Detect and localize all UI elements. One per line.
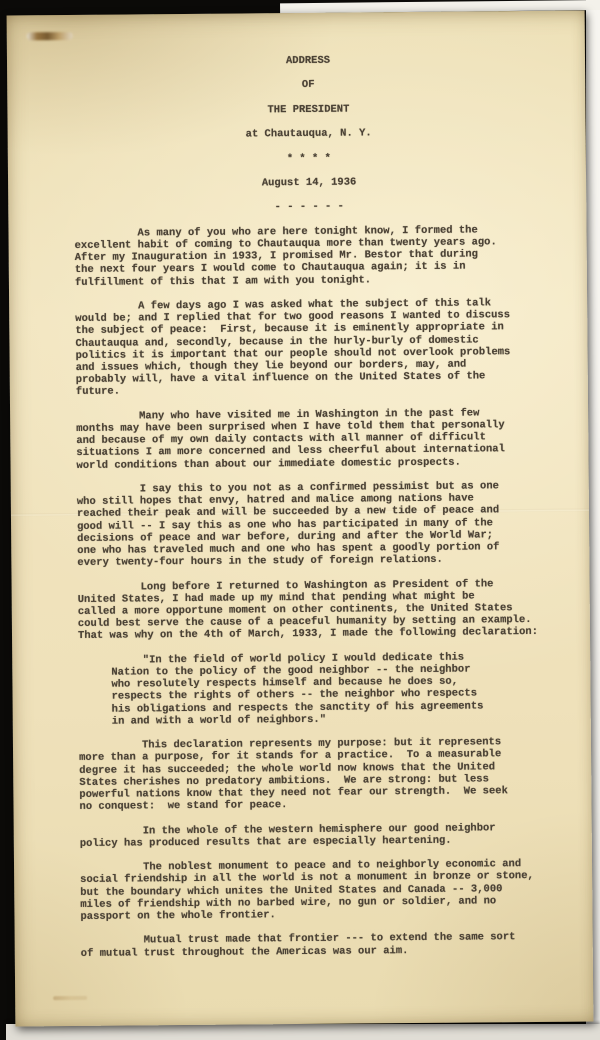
under-sheet-edge-bottom <box>6 1024 600 1040</box>
document-content: ADDRESS OF THE PRESIDENT at Chautauqua, … <box>73 53 551 972</box>
quoted-declaration: "In the field of world policy I would de… <box>111 651 531 728</box>
document-body: As many of you who are here tonight know… <box>74 224 550 960</box>
document-date-line: August 14, 1936 <box>74 175 544 191</box>
paragraph-8: In the whole of the western hemisphere o… <box>80 821 550 850</box>
paragraph-2: A few days ago I was asked what the subj… <box>75 297 546 399</box>
paragraph-10: Mutual trust made that frontier --- to e… <box>81 931 551 960</box>
document-title-line: THE PRESIDENT <box>73 102 543 118</box>
paragraph-1: As many of you who are here tonight know… <box>74 224 545 289</box>
star-separator: * * * * <box>74 150 544 166</box>
paragraph-7: This declaration represents my purpose: … <box>79 736 550 813</box>
photo-scene: ADDRESS OF THE PRESIDENT at Chautauqua, … <box>0 0 600 1040</box>
document-title-line: ADDRESS <box>73 53 543 69</box>
typewritten-page: ADDRESS OF THE PRESIDENT at Chautauqua, … <box>7 10 594 1026</box>
paragraph-9: The noblest monument to peace and to nei… <box>80 858 551 923</box>
dash-separator: - - - - - - <box>74 199 544 215</box>
paragraph-3: Many who have visited me in Washington i… <box>76 407 547 472</box>
paragraph-5: Long before I returned to Washington as … <box>78 577 549 642</box>
paragraph-4: I say this to you not as a confirmed pes… <box>77 480 548 570</box>
rust-staple-mark <box>27 32 73 40</box>
document-title-line: OF <box>73 77 543 93</box>
document-location-line: at Chautauqua, N. Y. <box>74 126 544 142</box>
corner-crease-mark <box>53 996 87 1000</box>
